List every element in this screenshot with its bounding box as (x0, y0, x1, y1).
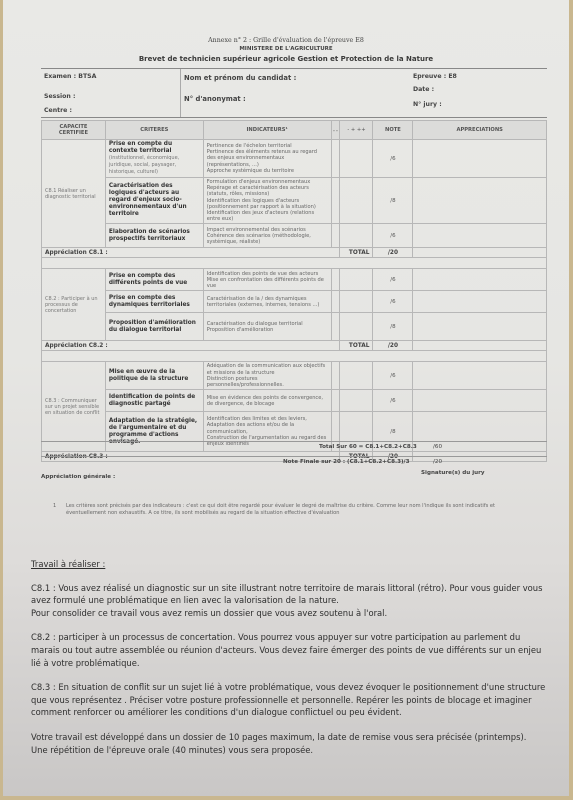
criterion-cell: Caractérisation des logiques d'acteurs a… (105, 178, 203, 224)
indicator-item: Cohérence des scénarios (méthodologie, s… (207, 233, 328, 245)
minus-cell[interactable] (331, 178, 340, 224)
scale-cell[interactable] (340, 362, 373, 390)
appreciation-cell[interactable] (413, 269, 547, 291)
col-appreciations: APPRECIATIONS (413, 121, 547, 140)
col-minus: - - (331, 121, 340, 140)
note-cell[interactable]: /6 (373, 140, 413, 178)
scale-cell[interactable] (340, 224, 373, 248)
epreuve-label: Epreuve : E8 (413, 73, 457, 80)
indicator-item: Mise en évidence des points de convergen… (207, 395, 328, 407)
criterion-cell: Elaboration de scénarios prospectifs ter… (105, 224, 203, 248)
section-appreciation-label: Appréciation C8.1 : (42, 248, 340, 258)
minus-cell[interactable] (331, 224, 340, 248)
criterion-name: Identification de points de diagnostic p… (109, 394, 195, 407)
work-c81-oral: Pour consolider ce travail vous avez rem… (31, 607, 551, 620)
final-note-value: /20 (433, 459, 442, 465)
scale-cell[interactable] (340, 178, 373, 224)
note-cell[interactable]: /8 (373, 313, 413, 341)
indicators-cell: Caractérisation du dialogue territorialP… (203, 313, 331, 341)
indicators-cell: Formulation d'enjeux environnementauxRep… (203, 178, 331, 224)
col-note: NOTE (373, 121, 413, 140)
anonymat-label: N° d'anonymat : (184, 95, 246, 103)
indicator-item: Proposition d'amélioration (207, 327, 328, 333)
document-page: Annexe n° 2 : Grille d'évaluation de l'é… (3, 0, 569, 796)
criterion-name: Proposition d'amélioration du dialogue t… (109, 320, 196, 333)
indicator-item: Repérage et caractérisation des acteurs … (207, 185, 328, 197)
grid-header-row: CAPACITE CERTIFIEE CRITERES INDICATEURS¹… (42, 121, 547, 140)
capacity-cell: C8.2 : Participer à un processus de conc… (42, 269, 106, 341)
criterion-name: Caractérisation des logiques d'acteurs a… (109, 183, 187, 217)
criterion-cell: Proposition d'amélioration du dialogue t… (105, 313, 203, 341)
indicator-item: Caractérisation de la / des dynamiques t… (207, 296, 328, 308)
indicator-item: Identification des points de vue des act… (207, 271, 328, 277)
criterion-row: Prise en compte des dynamiques territori… (42, 291, 547, 313)
diploma-title: Brevet de technicien supérieur agricole … (3, 55, 569, 63)
criterion-row: Identification de points de diagnostic p… (42, 390, 547, 412)
section-total-value[interactable]: /20 (373, 248, 413, 258)
criterion-cell: Prise en compte des différents points de… (105, 269, 203, 291)
indicator-item: Mise en confrontation des différents poi… (207, 277, 328, 289)
appreciation-cell[interactable] (413, 390, 547, 412)
indicator-item: Adéquation de la communication aux objec… (207, 363, 328, 375)
indicator-item: Distinction postures personnelles/profes… (207, 376, 328, 388)
note-cell[interactable]: /6 (373, 362, 413, 390)
criterion-name: Elaboration de scénarios prospectifs ter… (109, 229, 190, 242)
indicators-cell: Identification des points de vue des act… (203, 269, 331, 291)
centre-label: Centre : (44, 107, 72, 114)
appreciation-row: Appréciation C8.2 : TOTAL /20 (42, 341, 547, 351)
session-label: Session : (44, 93, 75, 100)
criterion-cell: Adaptation de la stratégie, de l'argumen… (105, 412, 203, 452)
col-indicators: INDICATEURS¹ (203, 121, 331, 140)
criterion-row: C8.1 Réaliser un diagnostic territorialP… (42, 140, 547, 178)
work-heading: Travail à réaliser : (31, 558, 551, 571)
col-capacity: CAPACITE CERTIFIEE (42, 121, 106, 140)
criterion-name: Mise en œuvre de la politique de la stru… (109, 369, 188, 382)
scale-cell[interactable] (340, 313, 373, 341)
indicator-item: Adaptation des actions et/ou de la commu… (207, 422, 328, 434)
annex-title: Annexe n° 2 : Grille d'évaluation de l'é… (3, 37, 569, 44)
section-total-label: TOTAL (340, 248, 373, 258)
indicators-cell: Mise en évidence des points de convergen… (203, 390, 331, 412)
work-c83: C8.3 : En situation de conflit sur un su… (31, 681, 551, 719)
criterion-cell: Identification de points de diagnostic p… (105, 390, 203, 412)
indicator-item: Identification des jeux d'acteurs (relat… (207, 210, 328, 222)
col-scale: - + ++ (340, 121, 373, 140)
note-cell[interactable]: /6 (373, 390, 413, 412)
indicators-cell: Caractérisation de la / des dynamiques t… (203, 291, 331, 313)
work-oral-rehearsal: Une répétition de l'épreuve orale (40 mi… (31, 744, 551, 757)
scale-cell[interactable] (340, 269, 373, 291)
work-c81: C8.1 : Vous avez réalisé un diagnostic s… (31, 582, 551, 607)
work-instructions: Travail à réaliser : C8.1 : Vous avez ré… (31, 558, 551, 768)
criterion-row: Proposition d'amélioration du dialogue t… (42, 313, 547, 341)
minus-cell[interactable] (331, 390, 340, 412)
indicators-cell: Adéquation de la communication aux objec… (203, 362, 331, 390)
candidate-name-label: Nom et prénom du candidat : (184, 74, 296, 82)
capacity-cell: C8.1 Réaliser un diagnostic territorial (42, 140, 106, 248)
criterion-row: Adaptation de la stratégie, de l'argumen… (42, 412, 547, 452)
minus-cell[interactable] (331, 362, 340, 390)
minus-cell[interactable] (331, 140, 340, 178)
scale-cell[interactable] (340, 390, 373, 412)
indicator-item: Identification des logiques d'acteurs (p… (207, 198, 328, 210)
col-criteria: CRITERES (105, 121, 203, 140)
appreciation-cell[interactable] (413, 224, 547, 248)
criterion-cell: Prise en compte des dynamiques territori… (105, 291, 203, 313)
appreciation-cell[interactable] (413, 313, 547, 341)
appreciation-row: Appréciation C8.1 : TOTAL /20 (42, 248, 547, 258)
work-dossier: Votre travail est développé dans un doss… (31, 731, 551, 744)
candidate-id-block: Examen : BTSA Session : Centre : Nom et … (41, 68, 547, 118)
criterion-row: Caractérisation des logiques d'acteurs a… (42, 178, 547, 224)
indicator-item: Pertinence des éléments retenus au regar… (207, 149, 328, 168)
evaluation-grid: CAPACITE CERTIFIEE CRITERES INDICATEURS¹… (41, 120, 547, 462)
criterion-row: C8.2 : Participer à un processus de conc… (42, 269, 547, 291)
ministry-title: MINISTERE DE L'AGRICULTURE (3, 46, 569, 52)
criterion-detail: (institutionnel, économique, juridique, … (109, 155, 179, 175)
criterion-name: Prise en compte des différents points de… (109, 273, 187, 286)
section-appreciation-label: Appréciation C8.2 : (42, 341, 340, 351)
minus-cell[interactable] (331, 269, 340, 291)
note-cell[interactable]: /6 (373, 291, 413, 313)
note-cell[interactable]: /6 (373, 224, 413, 248)
footnote-text: Les critères sont précisés par des indic… (66, 503, 533, 517)
date-label: Date : (413, 86, 434, 93)
indicators-cell: Pertinence de l'échelon territorialPerti… (203, 140, 331, 178)
criterion-row: C8.3 : Communiquer sur un projet sensibl… (42, 362, 547, 390)
final-note-label: Note Finale sur 20 : (C8.1+C8.2+C8.3)/3 (283, 459, 410, 465)
section-total-value[interactable]: /20 (373, 341, 413, 351)
work-c82: C8.2 : participer à un processus de conc… (31, 631, 551, 669)
jury-signature-label: Signature(s) du jury (421, 470, 485, 476)
total60-value: /60 (433, 444, 442, 450)
criterion-cell: Mise en œuvre de la politique de la stru… (105, 362, 203, 390)
minus-cell[interactable] (331, 291, 340, 313)
minus-cell[interactable] (331, 313, 340, 341)
indicators-cell: Impact environnemental des scénariosCohé… (203, 224, 331, 248)
total60-label: Total Sur 60 = C8.1+C8.2+C8.3 (319, 444, 417, 450)
note-cell[interactable]: /8 (373, 178, 413, 224)
indicator-item: Approche systémique du territoire (207, 168, 328, 174)
footnote-number: 1 (53, 503, 56, 510)
scale-cell[interactable] (340, 291, 373, 313)
capacity-cell: C8.3 : Communiquer sur un projet sensibl… (42, 362, 106, 452)
section-total-label: TOTAL (340, 341, 373, 351)
appreciation-cell[interactable] (413, 178, 547, 224)
note-cell[interactable]: /6 (373, 269, 413, 291)
appreciation-cell[interactable] (413, 140, 547, 178)
criterion-cell: Prise en compte du contexte territorial … (105, 140, 203, 178)
footnote: 1 Les critères sont précisés par des ind… (53, 503, 533, 517)
jury-label: N° jury : (413, 101, 442, 108)
general-appreciation-label: Appréciation générale : (41, 474, 115, 480)
appreciation-cell[interactable] (413, 291, 547, 313)
criterion-name: Prise en compte du contexte territorial (109, 141, 172, 154)
criterion-name: Prise en compte des dynamiques territori… (109, 295, 190, 308)
criterion-row: Elaboration de scénarios prospectifs ter… (42, 224, 547, 248)
indicators-cell: Identification des limites et des levier… (203, 412, 331, 452)
exam-label: Examen : BTSA (44, 73, 96, 80)
appreciation-cell[interactable] (413, 362, 547, 390)
scale-cell[interactable] (340, 140, 373, 178)
